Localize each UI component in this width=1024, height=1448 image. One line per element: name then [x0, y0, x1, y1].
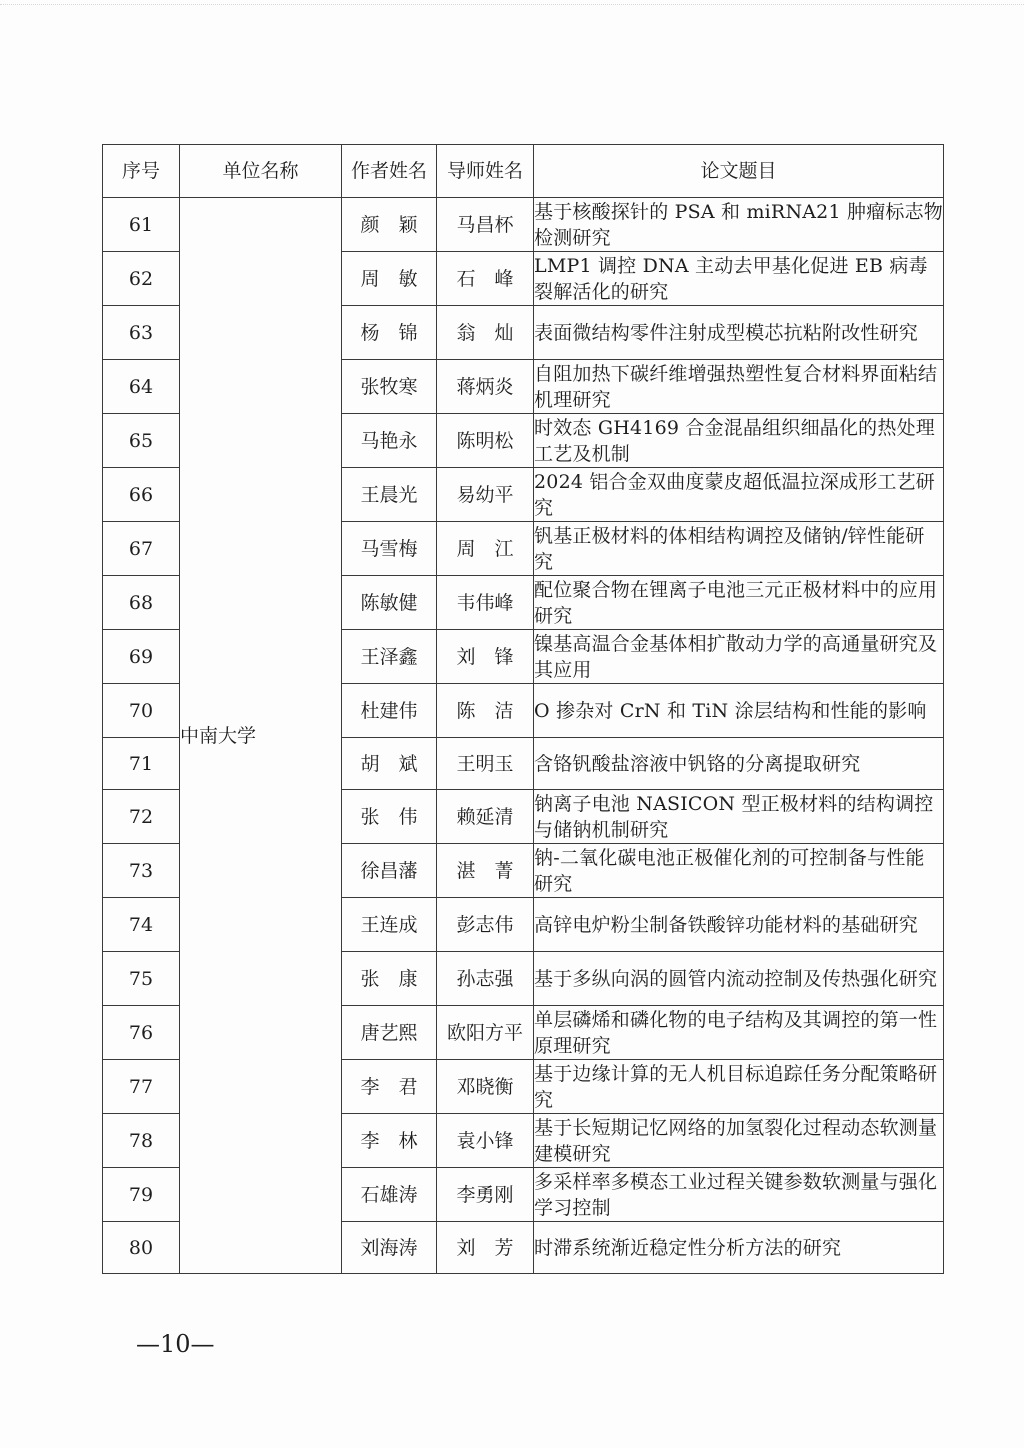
thesis-title: 2024 铝合金双曲度蒙皮超低温拉深成形工艺研究	[534, 468, 944, 522]
row-seq: 65	[103, 414, 180, 468]
row-seq: 80	[103, 1222, 180, 1274]
advisor-name: 翁 灿	[437, 306, 534, 360]
header-title: 论文题目	[534, 145, 944, 198]
thesis-title: 钒基正极材料的体相结构调控及储钠/锌性能研究	[534, 522, 944, 576]
row-seq: 72	[103, 790, 180, 844]
unit-name-cell: 中南大学	[180, 198, 342, 1274]
author-name: 李 君	[342, 1060, 437, 1114]
advisor-name: 袁小锋	[437, 1114, 534, 1168]
advisor-name: 湛 菁	[437, 844, 534, 898]
author-name: 马雪梅	[342, 522, 437, 576]
row-seq: 66	[103, 468, 180, 522]
advisor-name: 周 江	[437, 522, 534, 576]
row-seq: 69	[103, 630, 180, 684]
row-seq: 68	[103, 576, 180, 630]
thesis-title: 自阻加热下碳纤维增强热塑性复合材料界面粘结机理研究	[534, 360, 944, 414]
row-seq: 78	[103, 1114, 180, 1168]
author-name: 王晨光	[342, 468, 437, 522]
author-name: 徐昌藩	[342, 844, 437, 898]
advisor-name: 赖延清	[437, 790, 534, 844]
thesis-title: 时滞系统渐近稳定性分析方法的研究	[534, 1222, 944, 1274]
thesis-title: 镍基高温合金基体相扩散动力学的高通量研究及其应用	[534, 630, 944, 684]
author-name: 李 林	[342, 1114, 437, 1168]
author-name: 张 康	[342, 952, 437, 1006]
header-author: 作者姓名	[342, 145, 437, 198]
row-seq: 71	[103, 738, 180, 790]
row-seq: 77	[103, 1060, 180, 1114]
advisor-name: 蒋炳炎	[437, 360, 534, 414]
author-name: 周 敏	[342, 252, 437, 306]
author-name: 张 伟	[342, 790, 437, 844]
author-name: 杨 锦	[342, 306, 437, 360]
row-seq: 75	[103, 952, 180, 1006]
advisor-name: 陈明松	[437, 414, 534, 468]
thesis-title: 配位聚合物在锂离子电池三元正极材料中的应用研究	[534, 576, 944, 630]
thesis-title: O 掺杂对 CrN 和 TiN 涂层结构和性能的影响	[534, 684, 944, 738]
author-name: 王泽鑫	[342, 630, 437, 684]
author-name: 颜 颖	[342, 198, 437, 252]
row-seq: 64	[103, 360, 180, 414]
table-header-row: 序号 单位名称 作者姓名 导师姓名 论文题目	[103, 145, 944, 198]
row-seq: 63	[103, 306, 180, 360]
row-seq: 62	[103, 252, 180, 306]
row-seq: 74	[103, 898, 180, 952]
thesis-title: 多采样率多模态工业过程关键参数软测量与强化学习控制	[534, 1168, 944, 1222]
advisor-name: 易幼平	[437, 468, 534, 522]
thesis-list-table: 序号 单位名称 作者姓名 导师姓名 论文题目 61中南大学颜 颖马昌杯基于核酸探…	[102, 144, 944, 1274]
author-name: 马艳永	[342, 414, 437, 468]
advisor-name: 李勇刚	[437, 1168, 534, 1222]
thesis-title: 基于多纵向涡的圆管内流动控制及传热强化研究	[534, 952, 944, 1006]
thesis-title: 高锌电炉粉尘制备铁酸锌功能材料的基础研究	[534, 898, 944, 952]
header-unit: 单位名称	[180, 145, 342, 198]
thesis-title: 钠-二氧化碳电池正极催化剂的可控制备与性能研究	[534, 844, 944, 898]
thesis-title: 基于边缘计算的无人机目标追踪任务分配策略研究	[534, 1060, 944, 1114]
author-name: 张牧寒	[342, 360, 437, 414]
advisor-name: 韦伟峰	[437, 576, 534, 630]
thesis-title: 基于长短期记忆网络的加氢裂化过程动态软测量建模研究	[534, 1114, 944, 1168]
header-advisor: 导师姓名	[437, 145, 534, 198]
author-name: 唐艺熙	[342, 1006, 437, 1060]
row-seq: 79	[103, 1168, 180, 1222]
thesis-title: 表面微结构零件注射成型模芯抗粘附改性研究	[534, 306, 944, 360]
page-top-edge	[0, 0, 1024, 5]
table-row: 61中南大学颜 颖马昌杯基于核酸探针的 PSA 和 miRNA21 肿瘤标志物检…	[103, 198, 944, 252]
thesis-title: 时效态 GH4169 合金混晶组织细晶化的热处理工艺及机制	[534, 414, 944, 468]
advisor-name: 刘 芳	[437, 1222, 534, 1274]
author-name: 胡 斌	[342, 738, 437, 790]
advisor-name: 孙志强	[437, 952, 534, 1006]
author-name: 石雄涛	[342, 1168, 437, 1222]
advisor-name: 马昌杯	[437, 198, 534, 252]
advisor-name: 陈 洁	[437, 684, 534, 738]
author-name: 陈敏健	[342, 576, 437, 630]
advisor-name: 刘 锋	[437, 630, 534, 684]
row-seq: 73	[103, 844, 180, 898]
advisor-name: 邓晓衡	[437, 1060, 534, 1114]
thesis-title: 基于核酸探针的 PSA 和 miRNA21 肿瘤标志物检测研究	[534, 198, 944, 252]
advisor-name: 王明玉	[437, 738, 534, 790]
row-seq: 61	[103, 198, 180, 252]
advisor-name: 彭志伟	[437, 898, 534, 952]
row-seq: 76	[103, 1006, 180, 1060]
advisor-name: 欧阳方平	[437, 1006, 534, 1060]
advisor-name: 石 峰	[437, 252, 534, 306]
row-seq: 67	[103, 522, 180, 576]
header-seq: 序号	[103, 145, 180, 198]
thesis-title: 含铬钒酸盐溶液中钒铬的分离提取研究	[534, 738, 944, 790]
page-number: —10—	[136, 1330, 215, 1358]
thesis-title: 单层磷烯和磷化物的电子结构及其调控的第一性原理研究	[534, 1006, 944, 1060]
author-name: 杜建伟	[342, 684, 437, 738]
author-name: 王连成	[342, 898, 437, 952]
row-seq: 70	[103, 684, 180, 738]
author-name: 刘海涛	[342, 1222, 437, 1274]
thesis-title: LMP1 调控 DNA 主动去甲基化促进 EB 病毒裂解活化的研究	[534, 252, 944, 306]
thesis-title: 钠离子电池 NASICON 型正极材料的结构调控与储钠机制研究	[534, 790, 944, 844]
